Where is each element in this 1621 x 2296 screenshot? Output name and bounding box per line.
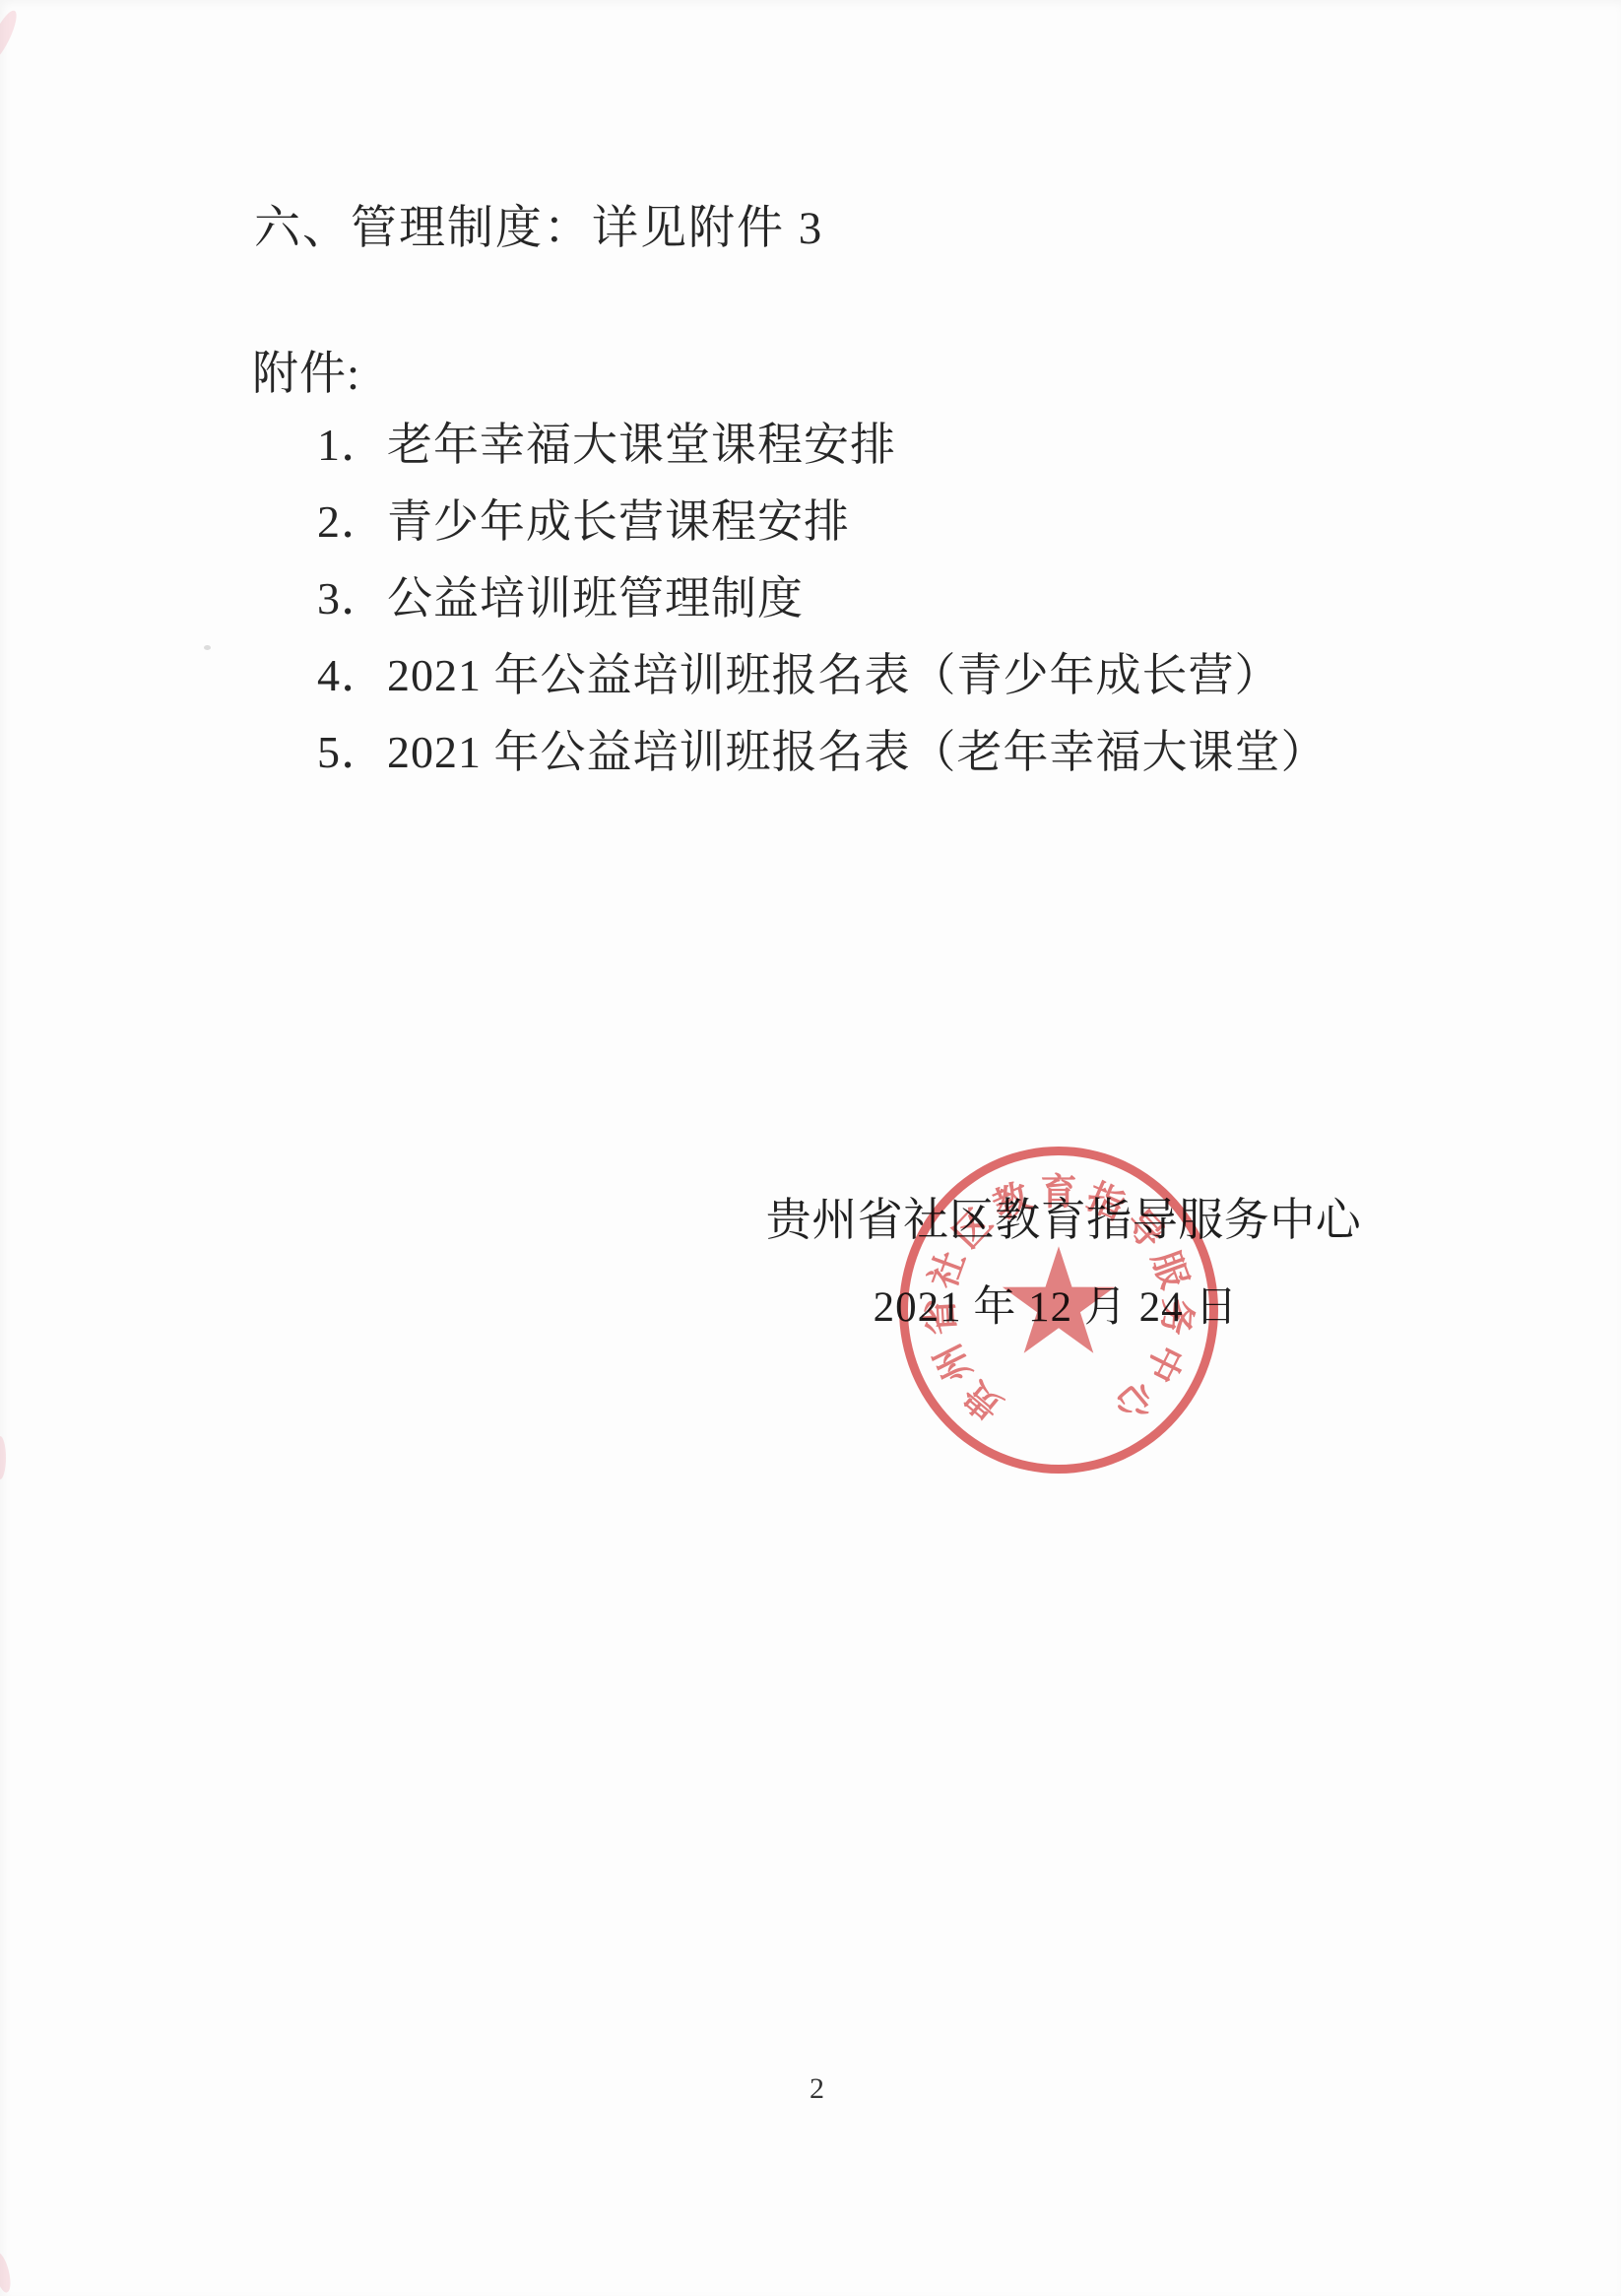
seal-ring-char: 区 (947, 1204, 999, 1255)
attachment-item: 4．2021 年公益培训班报名表（青少年成长营） (317, 652, 1328, 698)
seal-ring-char: 省 (923, 1297, 961, 1336)
seal-ring-char: 教 (989, 1178, 1037, 1226)
scan-smudge (0, 7, 22, 65)
seal-ring-char: 心 (1108, 1374, 1159, 1425)
attachments-list: 1．老年幸福大课堂课程安排 2．青少年成长营课程安排 3．公益培训班管理制度 4… (317, 422, 1328, 806)
section-heading: 六、管理制度：详见附件 3 (254, 191, 823, 257)
scan-smudge (0, 1436, 6, 1479)
attachment-item: 3．公益培训班管理制度 (317, 575, 1328, 622)
seal-ring-char: 指 (1081, 1178, 1130, 1226)
seal-ring-char: 服 (1145, 1247, 1192, 1293)
seal-ring-char: 中 (1139, 1339, 1189, 1388)
scanned-document-page: 六、管理制度：详见附件 3 附件: 1．老年幸福大课堂课程安排 2．青少年成长营… (0, 0, 1621, 2296)
official-seal: 贵州省社区教育指导服务中心 (899, 1147, 1218, 1474)
seal-ring-char: 导 (1118, 1204, 1169, 1255)
seal-ring-char: 务 (1156, 1297, 1195, 1336)
attachment-item: 5．2021 年公益培训班报名表（老年幸福大课堂） (317, 729, 1328, 775)
seal-ring-char: 贵 (957, 1374, 1008, 1425)
page-number: 2 (810, 2072, 824, 2106)
seal-ring-char: 育 (1041, 1175, 1077, 1212)
scan-speck (204, 645, 211, 650)
seal-ring-char: 州 (930, 1339, 979, 1388)
seal-ring-text: 贵州省社区教育指导服务中心 (908, 1155, 1209, 1465)
seal-ring-char: 社 (925, 1247, 971, 1293)
attachments-label: 附件: (252, 337, 360, 403)
attachment-item: 2．青少年成长营课程安排 (317, 498, 1328, 545)
attachment-item: 1．老年幸福大课堂课程安排 (317, 422, 1328, 468)
scan-smudge (0, 2251, 14, 2294)
